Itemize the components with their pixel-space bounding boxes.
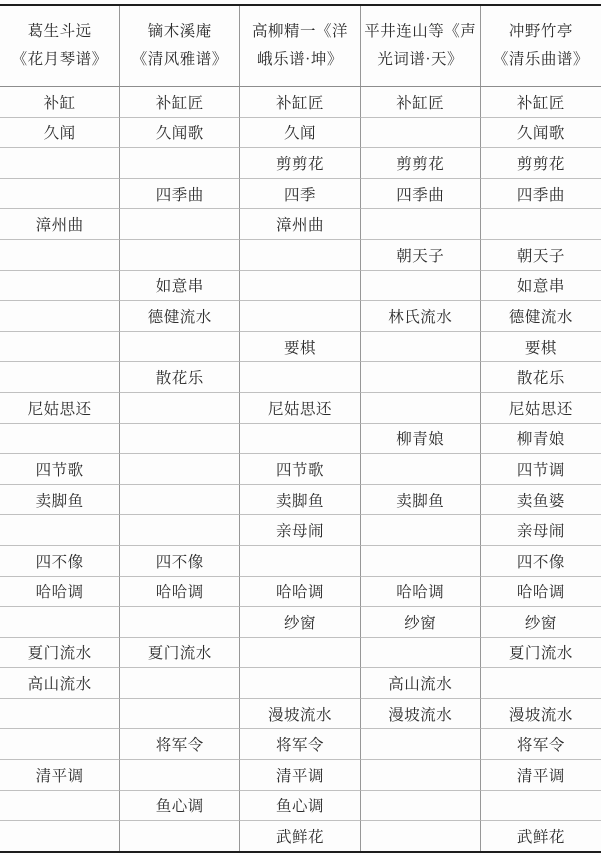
table-cell: 四不像 [120, 546, 240, 577]
table-cell: 清平调 [240, 760, 360, 791]
table-cell [0, 362, 120, 393]
table-cell: 武鲜花 [240, 821, 360, 851]
table-cell [0, 729, 120, 760]
table-cell: 卖脚鱼 [240, 485, 360, 516]
table-cell [120, 454, 240, 485]
table-cell [481, 668, 601, 699]
table-row: 武鲜花武鲜花 [0, 821, 601, 851]
table-cell: 将军令 [120, 729, 240, 760]
table-cell [0, 271, 120, 302]
table-cell: 卖鱼婆 [481, 485, 601, 516]
table-cell [0, 301, 120, 332]
table-cell: 哈哈调 [120, 577, 240, 608]
column-header-line1: 高柳精一《洋 [252, 18, 348, 46]
table-row: 尼姑思还尼姑思还尼姑思还 [0, 393, 601, 424]
table-cell [240, 271, 360, 302]
table-cell: 尼姑思还 [0, 393, 120, 424]
table-cell: 四节歌 [0, 454, 120, 485]
table-cell: 清平调 [0, 760, 120, 791]
table-row: 纱窗纱窗纱窗 [0, 607, 601, 638]
table-cell [481, 791, 601, 822]
column-header-line2: 光词谱·天》 [377, 46, 463, 74]
table-cell: 德健流水 [120, 301, 240, 332]
table-cell [120, 668, 240, 699]
table-row: 久闻久闻歌久闻久闻歌 [0, 118, 601, 149]
table-cell: 林氏流水 [361, 301, 481, 332]
table-cell [120, 393, 240, 424]
table-cell [361, 729, 481, 760]
table-cell: 夏门流水 [0, 638, 120, 669]
table-row: 朝天子朝天子 [0, 240, 601, 271]
table-cell: 四季曲 [481, 179, 601, 210]
table-cell [240, 424, 360, 455]
table-cell: 剪剪花 [481, 148, 601, 179]
table-cell [0, 148, 120, 179]
table-cell: 朝天子 [481, 240, 601, 271]
table-cell [361, 638, 481, 669]
table-cell [240, 638, 360, 669]
table-row: 将军令将军令将军令 [0, 729, 601, 760]
table-row: 要棋要棋 [0, 332, 601, 363]
table-row: 剪剪花剪剪花剪剪花 [0, 148, 601, 179]
table-cell [0, 821, 120, 851]
table-cell: 哈哈调 [361, 577, 481, 608]
table-cell: 哈哈调 [481, 577, 601, 608]
table-row: 四节歌四节歌四节调 [0, 454, 601, 485]
column-header-line1: 镝木溪庵 [148, 18, 212, 46]
table-cell: 夏门流水 [481, 638, 601, 669]
table-cell: 剪剪花 [361, 148, 481, 179]
table-cell [120, 148, 240, 179]
table-cell [120, 699, 240, 730]
table-cell: 纱窗 [361, 607, 481, 638]
table-cell: 补缸 [0, 87, 120, 118]
table-row: 四季曲四季四季曲四季曲 [0, 179, 601, 210]
table-cell [361, 271, 481, 302]
table-cell: 夏门流水 [120, 638, 240, 669]
table-cell: 柳青娘 [361, 424, 481, 455]
table-cell: 朝天子 [361, 240, 481, 271]
table-row: 哈哈调哈哈调哈哈调哈哈调哈哈调 [0, 577, 601, 608]
table-cell: 将军令 [481, 729, 601, 760]
table-cell: 哈哈调 [0, 577, 120, 608]
table-cell: 漫坡流水 [361, 699, 481, 730]
table-cell: 漳州曲 [0, 209, 120, 240]
table-cell: 将军令 [240, 729, 360, 760]
table-cell: 鱼心调 [120, 791, 240, 822]
table-cell: 高山流水 [361, 668, 481, 699]
table-cell: 四不像 [481, 546, 601, 577]
column-header: 冲野竹亭《清乐曲谱》 [481, 6, 601, 86]
table-cell: 补缸匠 [361, 87, 481, 118]
table-cell: 久闻歌 [120, 118, 240, 149]
scanned-page: 葛生斗远《花月琴谱》镝木溪庵《清风雅谱》高柳精一《洋峨乐谱·坤》平井连山等《声光… [0, 0, 601, 855]
table-cell [0, 515, 120, 546]
table-row: 鱼心调鱼心调 [0, 791, 601, 822]
table-cell: 清平调 [481, 760, 601, 791]
table-row: 漳州曲漳州曲 [0, 209, 601, 240]
table-cell: 高山流水 [0, 668, 120, 699]
table-cell [120, 209, 240, 240]
table-cell [120, 515, 240, 546]
table-row: 卖脚鱼卖脚鱼卖脚鱼卖鱼婆 [0, 485, 601, 516]
table-cell [120, 424, 240, 455]
table-cell [120, 240, 240, 271]
table-cell [240, 362, 360, 393]
table-cell: 久闻歌 [481, 118, 601, 149]
table-row: 漫坡流水漫坡流水漫坡流水 [0, 699, 601, 730]
table-cell: 四季曲 [120, 179, 240, 210]
table-cell [0, 607, 120, 638]
table-cell [361, 546, 481, 577]
table-cell [240, 301, 360, 332]
table-row: 柳青娘柳青娘 [0, 424, 601, 455]
column-header-line2: 《清乐曲谱》 [493, 46, 589, 74]
table-cell [361, 209, 481, 240]
table-cell: 柳青娘 [481, 424, 601, 455]
table-cell: 要棋 [481, 332, 601, 363]
table-cell: 卖脚鱼 [361, 485, 481, 516]
table-cell: 如意串 [481, 271, 601, 302]
table-row: 如意串如意串 [0, 271, 601, 302]
column-header-line2: 《清风雅谱》 [132, 46, 228, 74]
table-row: 散花乐散花乐 [0, 362, 601, 393]
table-cell: 剪剪花 [240, 148, 360, 179]
table-cell: 鱼心调 [240, 791, 360, 822]
table-cell: 尼姑思还 [481, 393, 601, 424]
table-cell [361, 791, 481, 822]
table-row: 清平调清平调清平调 [0, 760, 601, 791]
table-cell [0, 699, 120, 730]
table-cell [120, 607, 240, 638]
table-cell [481, 209, 601, 240]
table-cell: 尼姑思还 [240, 393, 360, 424]
table-cell [240, 240, 360, 271]
table-cell: 要棋 [240, 332, 360, 363]
column-header: 葛生斗远《花月琴谱》 [0, 6, 120, 86]
table-cell: 纱窗 [240, 607, 360, 638]
table-row: 四不像四不像四不像 [0, 546, 601, 577]
table-cell: 补缸匠 [481, 87, 601, 118]
table-cell: 散花乐 [481, 362, 601, 393]
header-row: 葛生斗远《花月琴谱》镝木溪庵《清风雅谱》高柳精一《洋峨乐谱·坤》平井连山等《声光… [0, 6, 601, 87]
table-cell: 纱窗 [481, 607, 601, 638]
table-row: 高山流水高山流水 [0, 668, 601, 699]
column-header: 镝木溪庵《清风雅谱》 [120, 6, 240, 86]
table-cell [240, 546, 360, 577]
table-cell: 久闻 [0, 118, 120, 149]
table-cell: 如意串 [120, 271, 240, 302]
column-header: 平井连山等《声光词谱·天》 [361, 6, 481, 86]
table-cell [361, 393, 481, 424]
table-cell [120, 760, 240, 791]
table-cell: 四节歌 [240, 454, 360, 485]
table-row: 亲母闹亲母闹 [0, 515, 601, 546]
table-cell: 漳州曲 [240, 209, 360, 240]
table-cell [0, 332, 120, 363]
table-cell: 亲母闹 [481, 515, 601, 546]
table-cell: 四节调 [481, 454, 601, 485]
table-cell: 哈哈调 [240, 577, 360, 608]
table-cell [120, 332, 240, 363]
table-cell: 武鲜花 [481, 821, 601, 851]
score-comparison-table: 葛生斗远《花月琴谱》镝木溪庵《清风雅谱》高柳精一《洋峨乐谱·坤》平井连山等《声光… [0, 4, 601, 853]
table-row: 夏门流水夏门流水夏门流水 [0, 638, 601, 669]
table-row: 德健流水林氏流水德健流水 [0, 301, 601, 332]
table-body: 补缸补缸匠补缸匠补缸匠补缸匠久闻久闻歌久闻久闻歌剪剪花剪剪花剪剪花四季曲四季四季… [0, 87, 601, 851]
column-header-line1: 冲野竹亭 [509, 18, 573, 46]
table-cell: 漫坡流水 [481, 699, 601, 730]
column-header-line2: 峨乐谱·坤》 [257, 46, 343, 74]
table-cell [361, 454, 481, 485]
table-cell: 四季曲 [361, 179, 481, 210]
column-header-line2: 《花月琴谱》 [12, 46, 108, 74]
table-cell [120, 485, 240, 516]
table-cell [0, 179, 120, 210]
table-cell [120, 821, 240, 851]
table-cell [0, 424, 120, 455]
table-cell [0, 791, 120, 822]
column-header-line1: 平井连山等《声 [364, 18, 476, 46]
table-cell: 补缸匠 [240, 87, 360, 118]
table-cell [361, 821, 481, 851]
table-cell: 卖脚鱼 [0, 485, 120, 516]
table-cell: 漫坡流水 [240, 699, 360, 730]
table-cell [0, 240, 120, 271]
table-cell: 久闻 [240, 118, 360, 149]
table-row: 补缸补缸匠补缸匠补缸匠补缸匠 [0, 87, 601, 118]
table-cell: 四季 [240, 179, 360, 210]
table-cell: 四不像 [0, 546, 120, 577]
table-cell [361, 760, 481, 791]
table-cell: 德健流水 [481, 301, 601, 332]
table-cell: 亲母闹 [240, 515, 360, 546]
column-header: 高柳精一《洋峨乐谱·坤》 [240, 6, 360, 86]
table-cell: 散花乐 [120, 362, 240, 393]
table-cell [361, 362, 481, 393]
table-cell [240, 668, 360, 699]
table-cell: 补缸匠 [120, 87, 240, 118]
column-header-line1: 葛生斗远 [28, 18, 92, 46]
table-cell [361, 332, 481, 363]
table-cell [361, 515, 481, 546]
table-cell [361, 118, 481, 149]
